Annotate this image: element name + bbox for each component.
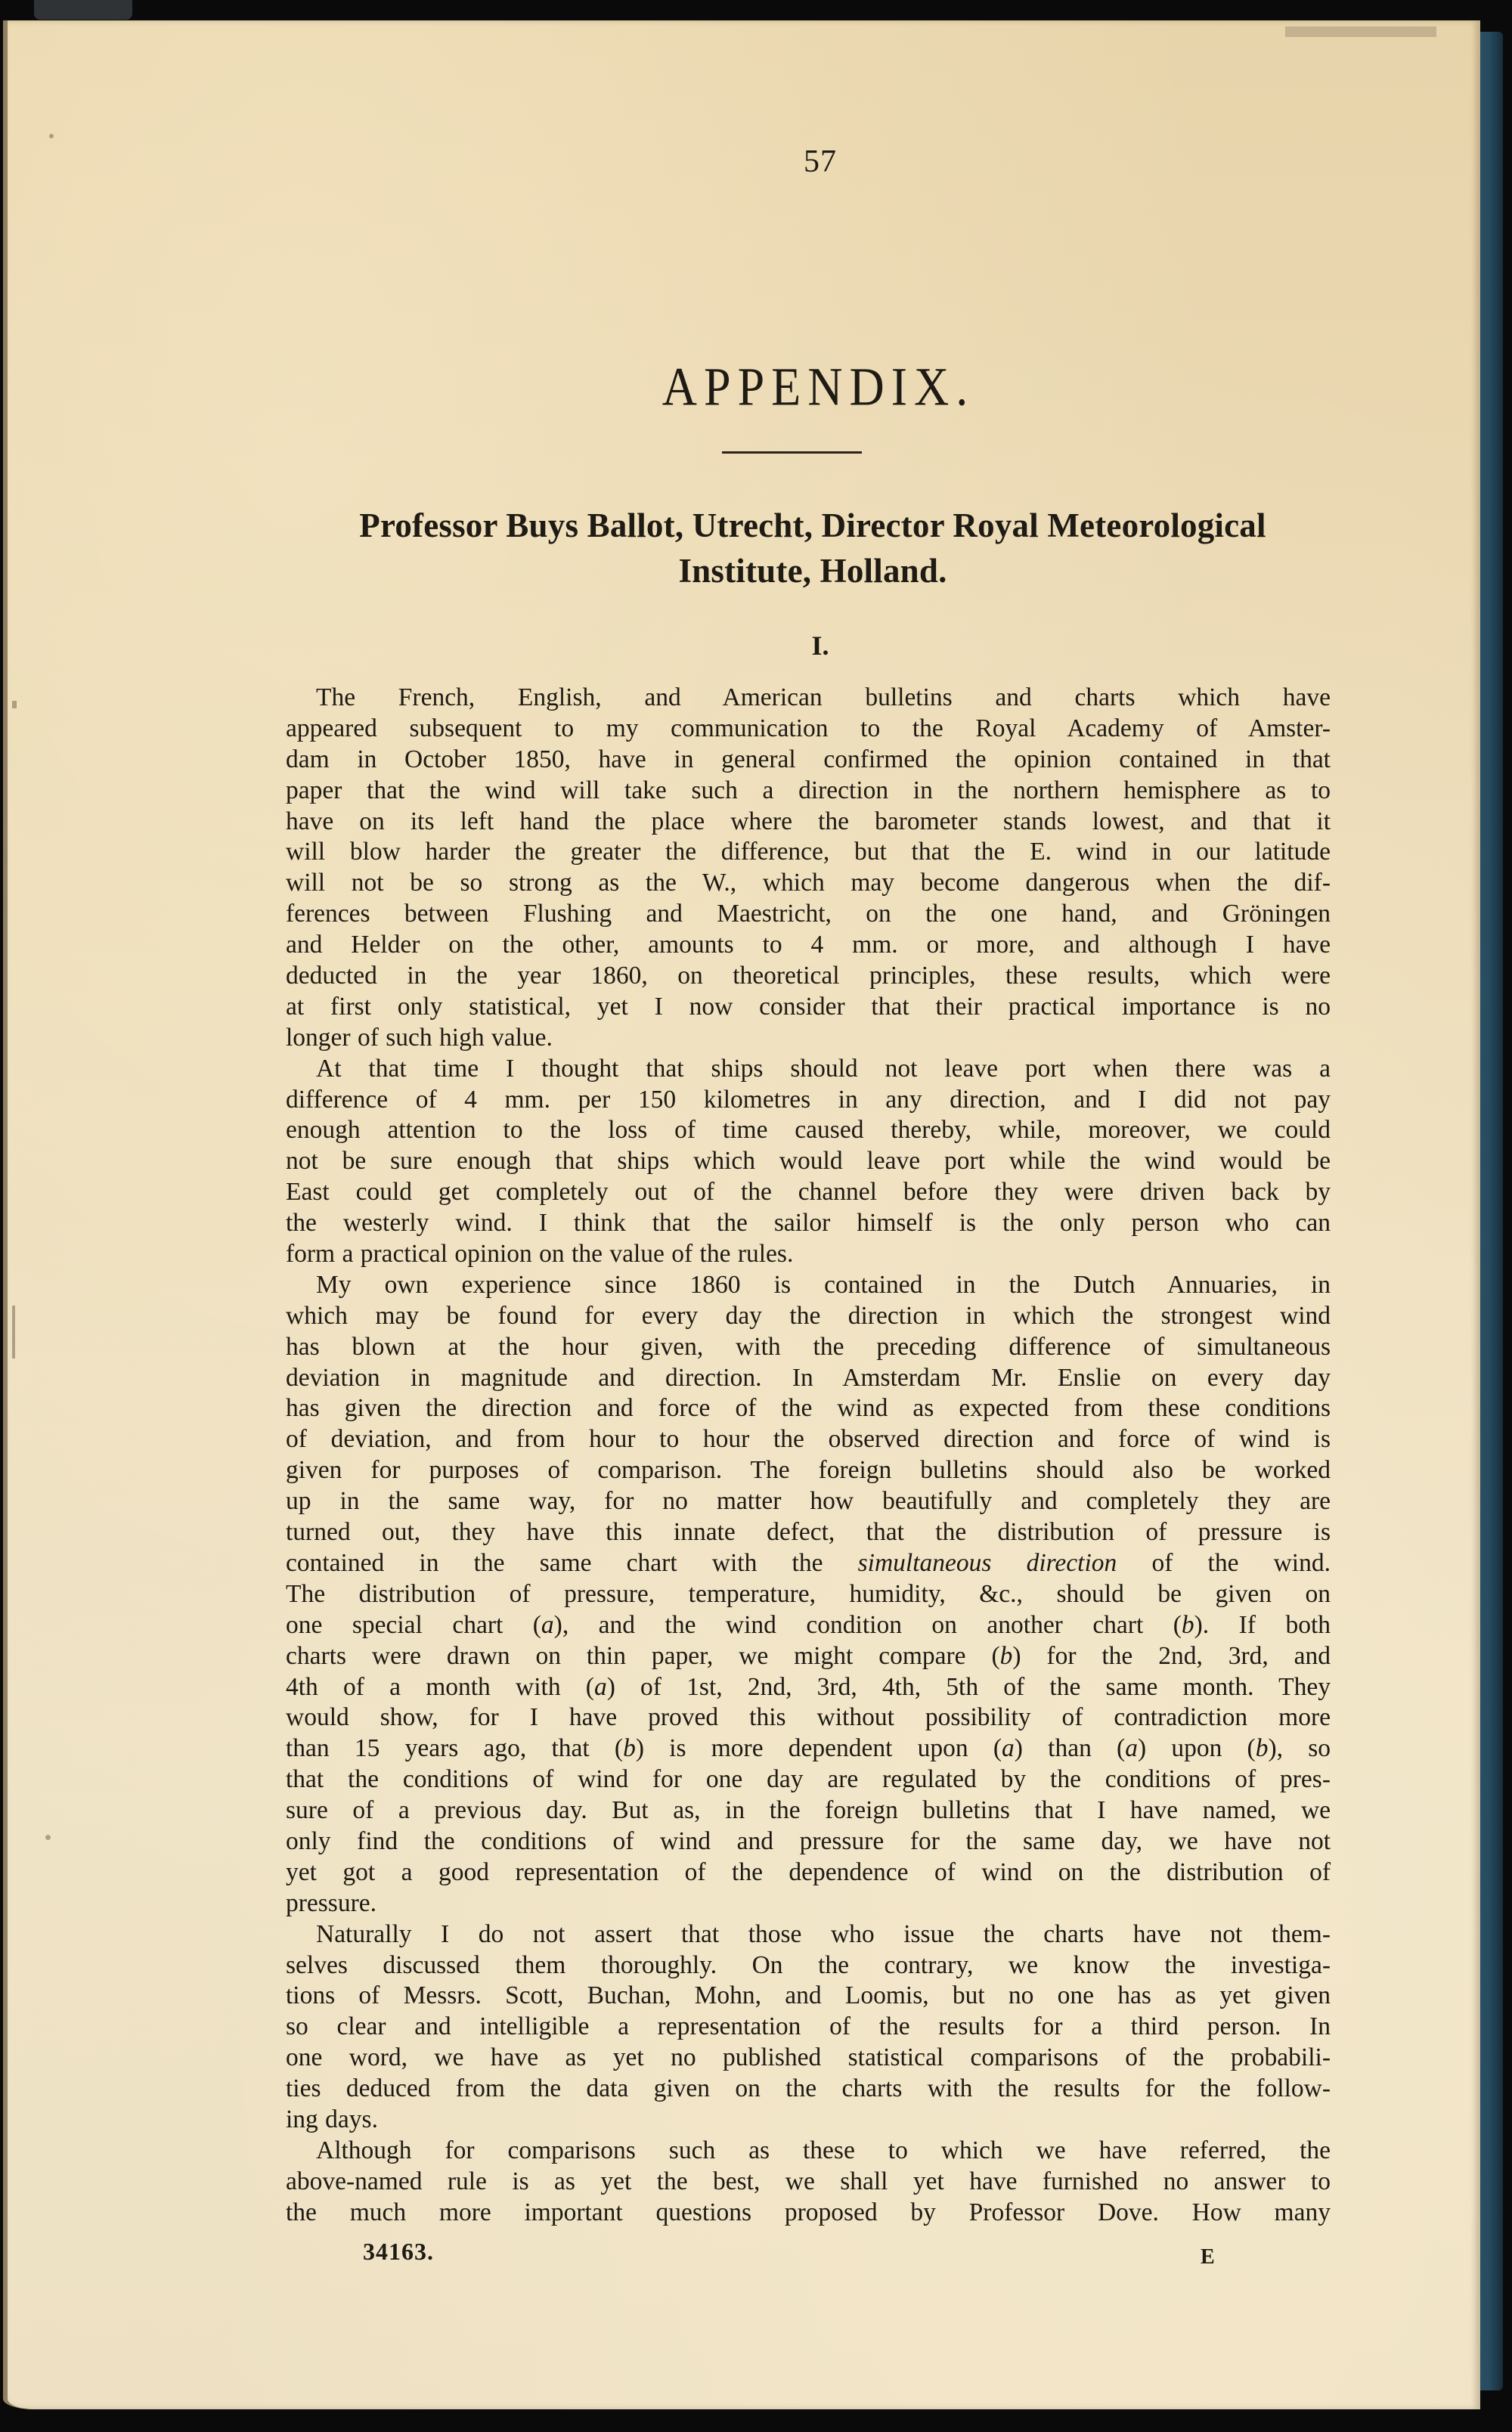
section-heading: Professor Buys Ballot, Utrecht, Director…: [287, 503, 1338, 593]
text-line: difference of 4 mm. per 150 kilometres i…: [286, 1085, 1331, 1116]
paragraph: Naturally I do not assert that those who…: [286, 1919, 1331, 2136]
text-line: above-named rule is as yet the best, we …: [286, 2167, 1331, 2198]
text-line: charts were drawn on thin paper, we migh…: [286, 1641, 1331, 1672]
text-line: enough attention to the loss of time cau…: [286, 1115, 1331, 1146]
text-line: Although for comparisons such as these t…: [286, 2136, 1331, 2167]
text-line: only find the conditions of wind and pre…: [286, 1826, 1331, 1857]
text-line: that the conditions of wind for one day …: [286, 1764, 1331, 1795]
text-line: ferences between Flushing and Maestricht…: [286, 899, 1331, 930]
text-line: deducted in the year 1860, on theoretica…: [286, 961, 1331, 992]
text-line: has blown at the hour given, with the pr…: [286, 1332, 1331, 1363]
paragraph: Although for comparisons such as these t…: [286, 2136, 1331, 2229]
text-line: Naturally I do not assert that those who…: [286, 1919, 1331, 1950]
text-line: up in the same way, for no matter how be…: [286, 1486, 1331, 1517]
text-line: one word, we have as yet no published st…: [286, 2043, 1331, 2074]
text-line: My own experience since 1860 is containe…: [286, 1270, 1331, 1301]
text-line: at first only statistical, yet I now con…: [286, 992, 1331, 1023]
text-line: form a practical opinion on the value of…: [286, 1239, 1331, 1270]
text-line: dam in October 1850, have in general con…: [286, 745, 1331, 776]
text-line: has given the direction and force of the…: [286, 1393, 1331, 1424]
text-line: will blow harder the greater the differe…: [286, 837, 1331, 868]
text-line: At that time I thought that ships should…: [286, 1054, 1331, 1085]
text-line: selves discussed them thoroughly. On the…: [286, 1950, 1331, 1981]
text-line: longer of such high value.: [286, 1023, 1331, 1054]
text-line: sure of a previous day. But as, in the f…: [286, 1795, 1331, 1826]
paper-blemish: [12, 701, 17, 708]
paper-blemish: [12, 1306, 15, 1359]
text-line: The distribution of pressure, temperatur…: [286, 1579, 1331, 1610]
text-line: would show, for I have proved this witho…: [286, 1702, 1331, 1733]
gathering-letter: E: [1201, 2245, 1215, 2269]
text-line: have on its left hand the place where th…: [286, 807, 1331, 838]
paper-blemish: [45, 1835, 51, 1840]
section-heading-line: Institute, Holland.: [287, 548, 1338, 593]
text-line: East could get completely out of the cha…: [286, 1177, 1331, 1208]
text-line: one special chart (a), and the wind cond…: [286, 1610, 1331, 1641]
text-line: not be sure enough that ships which woul…: [286, 1146, 1331, 1177]
text-line: contained in the same chart with the sim…: [286, 1548, 1331, 1579]
page-title: APPENDIX.: [0, 356, 1512, 419]
text-line: the westerly wind. I think that the sail…: [286, 1208, 1331, 1239]
text-line: will not be so strong as the W., which m…: [286, 868, 1331, 899]
paper-blemish: [49, 134, 54, 138]
text-line: paper that the wind will take such a dir…: [286, 776, 1331, 807]
paragraph: My own experience since 1860 is containe…: [286, 1270, 1331, 1919]
text-line: so clear and intelligible a representati…: [286, 2012, 1331, 2043]
section-numeral: I.: [0, 630, 1512, 661]
text-line: of deviation, and from hour to hour the …: [286, 1424, 1331, 1455]
paragraph: At that time I thought that ships should…: [286, 1054, 1331, 1270]
text-line: given for purposes of comparison. The fo…: [286, 1455, 1331, 1486]
text-line: tions of Messrs. Scott, Buchan, Mohn, an…: [286, 1981, 1331, 2012]
text-line: which may be found for every day the dir…: [286, 1301, 1331, 1332]
text-line: deviation in magnitude and direction. In…: [286, 1363, 1331, 1394]
text-line: pressure.: [286, 1888, 1331, 1919]
printer-signature: 34163.: [363, 2238, 434, 2266]
page-stack-edge: [1285, 26, 1436, 37]
text-line: than 15 years ago, that (b) is more depe…: [286, 1733, 1331, 1764]
paragraph: The French, English, and American bullet…: [286, 683, 1331, 1054]
text-line: ties deduced from the data given on the …: [286, 2074, 1331, 2105]
text-line: ing days.: [286, 2105, 1331, 2136]
body-text: The French, English, and American bullet…: [286, 683, 1331, 2229]
text-line: yet got a good representation of the dep…: [286, 1857, 1331, 1888]
text-line: appeared subsequent to my communication …: [286, 714, 1331, 745]
text-line: The French, English, and American bullet…: [286, 683, 1331, 714]
text-line: the much more important questions propos…: [286, 2198, 1331, 2229]
section-heading-line: Professor Buys Ballot, Utrecht, Director…: [287, 503, 1338, 548]
title-divider: [722, 451, 862, 454]
book-cover-edge: [34, 0, 132, 20]
text-line: and Helder on the other, amounts to 4 mm…: [286, 930, 1331, 961]
text-line: turned out, they have this innate defect…: [286, 1517, 1331, 1548]
text-line: 4th of a month with (a) of 1st, 2nd, 3rd…: [286, 1672, 1331, 1703]
page-number: 57: [0, 144, 1512, 180]
